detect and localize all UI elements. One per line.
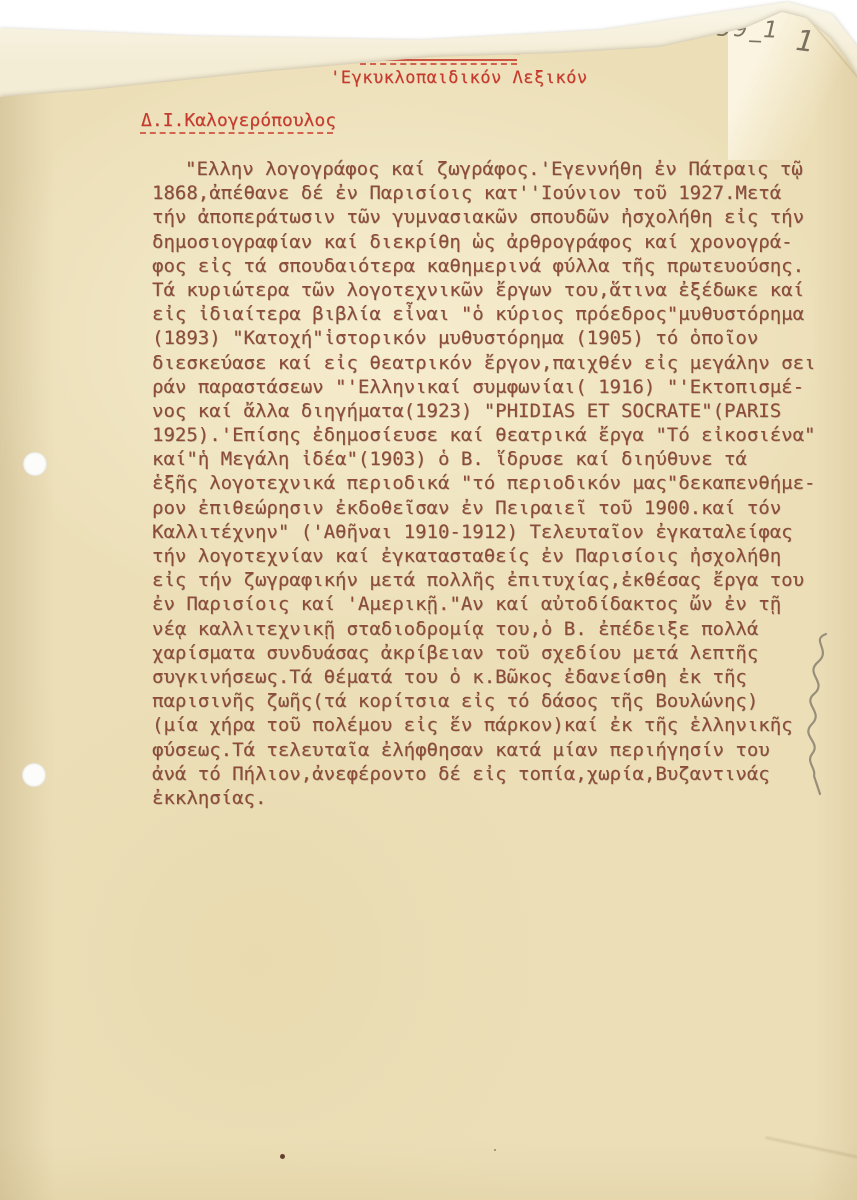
text-line: νος καί ἄλλα διηγήματα(1923) "PHIDIAS ET… bbox=[152, 399, 847, 423]
text-line: φος εἰς τά σπουδαιότερα καθημερινά φύλλα… bbox=[152, 254, 847, 278]
text-line: ἑξῆς λογοτεχνικά περιοδικά "τό περιοδικό… bbox=[152, 471, 847, 495]
text-line: Καλλιτέχνην" ('Αθῆναι 1910-1912) Τελευτα… bbox=[152, 520, 847, 544]
text-line: ἀνά τό Πήλιον,ἀνεφέροντο δέ εἰς τοπία,χω… bbox=[152, 762, 847, 786]
text-line: εἰς ἰδιαίτερα βιβλία εἶναι "ὁ κύριος πρό… bbox=[152, 302, 847, 326]
text-line: παρισινῆς ζωῆς(τά κορίτσια εἰς τό δάσος … bbox=[152, 689, 847, 713]
text-line: ρον ἐπιθεώρησιν ἐκδοθεῖσαν ἐν Πειραιεῖ τ… bbox=[152, 496, 847, 520]
archive-code-annotation: P159_1 bbox=[684, 14, 781, 43]
punch-hole-top bbox=[23, 452, 47, 476]
text-line: τήν λογοτεχνίαν καί ἐγκατασταθείς ἐν Παρ… bbox=[152, 544, 847, 568]
paper-speck bbox=[280, 1154, 285, 1159]
text-line: (μία χήρα τοῦ πολέμου εἰς ἕν πάρκον)καί … bbox=[152, 713, 847, 737]
document-subtitle: 'Εγκυκλοπαιδικόν Λεξικόν bbox=[330, 68, 588, 88]
text-line: Τά κυριώτερα τῶν λογοτεχνικῶν ἔργων του,… bbox=[152, 278, 847, 302]
bottom-crease-line bbox=[765, 1137, 857, 1166]
document-page: P159_1 1 ΒΩΚΟΣ ΓΕΡΑΣΙΜΟΣ 'Εγκυκλοπαιδικό… bbox=[0, 0, 857, 1200]
text-line: ράν παραστάσεων "'Ελληνικαί συμφωνίαι( 1… bbox=[152, 375, 847, 399]
document-title: ΒΩΚΟΣ ΓΕΡΑΣΙΜΟΣ bbox=[361, 39, 521, 59]
text-line: 1925).'Επίσης ἐδημοσίευσε καί θεατρικά ἔ… bbox=[152, 423, 847, 447]
text-line: συγκινήσεως.Τά θέματά του ὁ κ.Βῶκος ἐδαν… bbox=[152, 665, 847, 689]
text-line: τήν ἀποπεράτωσιν τῶν γυμνασιακῶν σπουδῶν… bbox=[152, 205, 847, 229]
text-line: καί"ἡ Μεγάλη ἰδέα"(1903) ὁ Β. ἵδρυσε καί… bbox=[152, 447, 847, 471]
text-line: φύσεως.Τά τελευταῖα ἐλήφθησαν κατά μίαν … bbox=[152, 738, 847, 762]
paper-shadow: P159_1 1 ΒΩΚΟΣ ΓΕΡΑΣΙΜΟΣ 'Εγκυκλοπαιδικό… bbox=[0, 0, 857, 1200]
punch-hole-bottom bbox=[22, 763, 46, 787]
body-text: "Ελλην λογογράφος καί ζωγράφος.'Εγεννήθη… bbox=[152, 157, 847, 810]
corner-fold bbox=[728, 0, 857, 160]
text-line: 1868,ἀπέθανε δέ ἐν Παρισίοις κατ''Ιούνιο… bbox=[152, 181, 847, 205]
entry-heading-underline bbox=[140, 132, 333, 134]
text-line: ἐκκλησίας. bbox=[152, 786, 847, 810]
text-line: δημοσιογραφίαν καί διεκρίθη ὡς ἀρθρογράφ… bbox=[152, 230, 847, 254]
scanned-page: P159_1 1 ΒΩΚΟΣ ΓΕΡΑΣΙΜΟΣ 'Εγκυκλοπαιδικό… bbox=[0, 0, 857, 1200]
title-underline-solid bbox=[360, 59, 517, 61]
title-underline-dashed bbox=[360, 63, 517, 65]
text-line: νέᾳ καλλιτεχνικῇ σταδιοδρομίᾳ του,ὁ Β. ἐ… bbox=[152, 617, 847, 641]
text-line: διεσκεύασε καί εἰς θεατρικόν ἔργον,παιχθ… bbox=[152, 351, 847, 375]
text-line: "Ελλην λογογράφος καί ζωγράφος.'Εγεννήθη… bbox=[152, 157, 847, 181]
paper-speck bbox=[494, 1149, 496, 1151]
text-line: χαρίσματα συνδυάσας ἀκρίβειαν τοῦ σχεδίο… bbox=[152, 641, 847, 665]
text-line: εἰς τήν ζωγραφικήν μετά πολλῆς ἐπιτυχίας… bbox=[152, 568, 847, 592]
margin-squiggle-annotation bbox=[786, 628, 856, 808]
text-line: (1893) "Κατοχή"ἱστορικόν μυθυστόρημα (19… bbox=[152, 326, 847, 350]
entry-heading: Δ.Ι.Καλογερόπουλος bbox=[141, 110, 336, 131]
text-line: ἐν Παρισίοις καί 'Αμερικῇ."Αν καί αὐτοδί… bbox=[152, 592, 847, 616]
